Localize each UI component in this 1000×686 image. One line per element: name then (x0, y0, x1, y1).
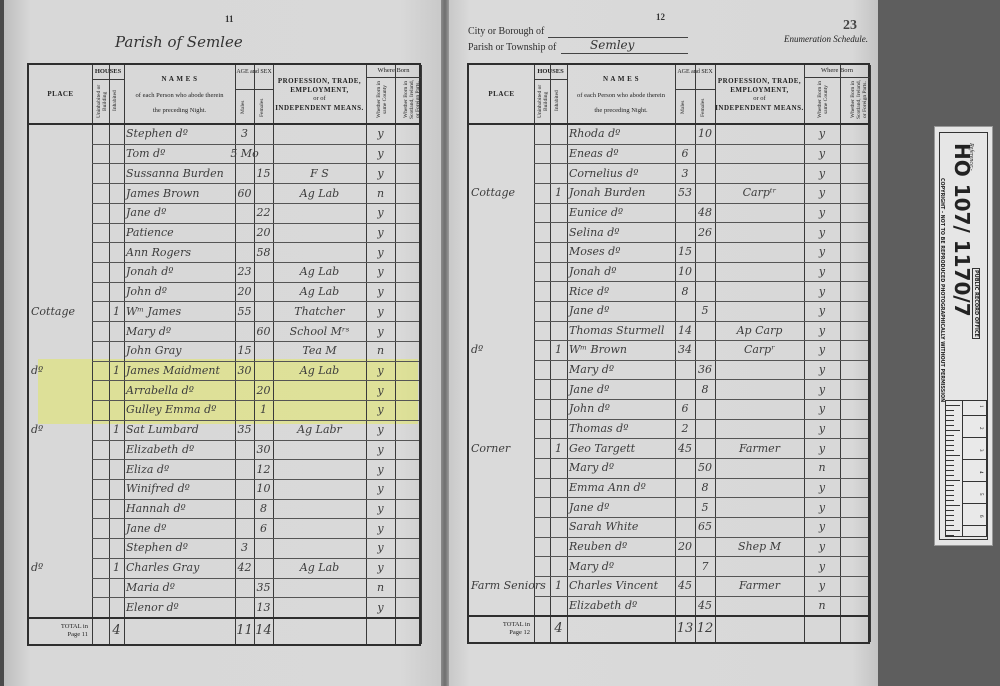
born-same-county-cell: y (806, 478, 838, 498)
male-age-cell: 5 Mo (237, 144, 252, 164)
born-same-county-cell: y (806, 379, 838, 399)
female-age-cell: 12 (256, 459, 271, 479)
male-age-cell (677, 517, 693, 537)
census-row: Corner1Geo Targett45Farmery (469, 438, 868, 458)
male-age-cell: 3 (237, 124, 252, 144)
inhabited-cell (552, 124, 565, 144)
left-page-number: 11 (225, 14, 234, 24)
inhabited-cell (552, 360, 565, 380)
census-row: Jane dº22y (29, 203, 419, 223)
place-cell (471, 458, 532, 478)
place-cell (471, 203, 532, 223)
age-sex-header: AGE and SEX (675, 68, 715, 88)
name-cell: Jonah dº (126, 262, 233, 282)
total-inhabited: 4 (110, 617, 123, 644)
inhabited-cell (552, 419, 565, 439)
ruler-tick (946, 485, 954, 486)
male-age-cell (237, 440, 252, 460)
profession-cell: School Mʳˢ (275, 321, 364, 341)
inhabited-cell (111, 163, 122, 183)
male-age-cell (677, 556, 693, 576)
born-same-county-cell: y (806, 301, 838, 321)
inhabited-cell (552, 222, 565, 242)
male-age-cell: 55 (237, 301, 252, 321)
total-males: 11 (236, 617, 253, 644)
female-age-cell: 65 (697, 517, 713, 537)
born-same-county-cell: y (806, 222, 838, 242)
place-cell (471, 242, 532, 262)
census-row: Jane dº8y (469, 379, 868, 399)
name-cell: Sat Lumbard (126, 420, 233, 440)
profession-header-3: or of (715, 95, 804, 103)
profession-cell (275, 597, 364, 617)
census-row: dº1James Maidment30Ag Laby (29, 361, 419, 381)
name-cell: Thomas Sturmell (569, 321, 673, 341)
female-age-cell (697, 163, 713, 183)
name-cell: Cornelius dº (569, 163, 673, 183)
ruler-tick (946, 465, 954, 466)
inhabited-cell: 1 (111, 361, 122, 381)
profession-cell (717, 379, 802, 399)
profession-cell (275, 203, 364, 223)
column-divider (421, 65, 422, 644)
right-census-table: PLACEHOUSESUninhabited or BuildingInhabi… (467, 63, 870, 644)
name-cell: Ann Rogers (126, 242, 233, 262)
born-same-county-cell: n (368, 341, 393, 361)
place-cell: Cottage (31, 301, 90, 321)
born-same-county-cell: y (368, 262, 393, 282)
inhabited-cell (552, 321, 565, 341)
male-age-cell (237, 380, 252, 400)
profession-cell (717, 517, 802, 537)
female-age-cell: 8 (697, 379, 713, 399)
born-same-county-cell: y (806, 576, 838, 596)
subheader-divider (675, 89, 715, 90)
profession-cell: Ag Lab (275, 361, 364, 381)
place-cell (31, 242, 90, 262)
census-row: Elenor dº13y (29, 597, 419, 617)
profession-cell (717, 124, 802, 144)
female-age-cell (256, 341, 271, 361)
male-age-cell (237, 223, 252, 243)
profession-cell (275, 223, 364, 243)
male-age-cell (237, 459, 252, 479)
male-age-cell: 6 (677, 144, 693, 164)
born-same-county-cell: y (368, 242, 393, 262)
profession-header-4: INDEPENDENT MEANS. (715, 104, 804, 112)
ruler-tick (946, 490, 954, 491)
ruler-tick (946, 470, 954, 471)
place-cell (471, 478, 532, 498)
ruler-tick (946, 435, 954, 436)
male-age-cell: 15 (237, 341, 252, 361)
same-county-header: Whether Born in same County (376, 80, 386, 120)
total-row: 41312 (469, 615, 868, 642)
inhabited-cell (111, 499, 122, 519)
place-cell (31, 578, 90, 598)
male-age-cell (237, 321, 252, 341)
place-cell (31, 124, 90, 144)
female-age-cell: 10 (256, 479, 271, 499)
born-same-county-cell: y (368, 361, 393, 381)
male-age-cell: 8 (677, 281, 693, 301)
census-row: Eunice dº48y (469, 203, 868, 223)
names-subheader-1: of each Person who abode therein (124, 92, 235, 100)
ruler-tick (946, 530, 960, 531)
female-age-cell: 30 (256, 440, 271, 460)
census-row: Mary dº7y (469, 556, 868, 576)
census-row: Tom dº5 Moy (29, 144, 419, 164)
profession-cell (717, 281, 802, 301)
ruler-tick (946, 405, 960, 406)
inhabited-cell (111, 242, 122, 262)
female-age-cell: 48 (697, 203, 713, 223)
born-same-county-cell: y (368, 163, 393, 183)
place-cell: dº (471, 340, 532, 360)
left-parish-handwritten: Parish of Semlee (115, 33, 243, 51)
born-same-county-cell: n (806, 458, 838, 478)
ruler-tick (946, 475, 954, 476)
female-age-cell (697, 399, 713, 419)
female-age-cell (697, 262, 713, 282)
name-cell: James Maidment (126, 361, 233, 381)
female-age-cell: 36 (697, 360, 713, 380)
census-row: James Brown60Ag Labn (29, 183, 419, 203)
inhabited-header: Inhabited (112, 82, 122, 120)
right-parish-handwritten: Semley (590, 38, 634, 52)
male-age-cell: 3 (237, 538, 252, 558)
column-divider (870, 65, 871, 642)
copyright-notice: COPYRIGHT - NOT TO BE REPRODUCED PHOTOGR… (939, 178, 944, 402)
inhabited-cell (552, 262, 565, 282)
census-row: Gulley Emma dº1y (29, 400, 419, 420)
parish-township-label: Parish or Township of (468, 42, 556, 53)
census-row: Eneas dº6y (469, 144, 868, 164)
census-row: Emma Ann dº8y (469, 478, 868, 498)
ruler-mark: 4 (978, 471, 983, 474)
place-cell (471, 596, 532, 616)
census-row: Cornelius dº3y (469, 163, 868, 183)
names-subheader-1: of each Person who abode therein (567, 92, 675, 100)
name-cell: Jonah Burden (569, 183, 673, 203)
place-cell: dº (31, 361, 90, 381)
male-age-cell (677, 203, 693, 223)
ruler-tick (946, 535, 954, 536)
name-cell: Mary dº (569, 458, 673, 478)
born-same-county-cell: y (368, 321, 393, 341)
houses-header: HOUSES (534, 68, 567, 76)
name-cell: Mary dº (569, 360, 673, 380)
profession-cell: Carpᵗʳ (717, 183, 802, 203)
name-cell: Jane dº (126, 518, 233, 538)
place-cell (31, 459, 90, 479)
female-age-cell (256, 124, 271, 144)
born-same-county-cell: y (368, 400, 393, 420)
page-gutter (441, 0, 449, 686)
male-age-cell: 14 (677, 321, 693, 341)
name-cell: Mary dº (569, 556, 673, 576)
place-cell: Cottage (471, 183, 532, 203)
parish-township-line (561, 53, 688, 54)
place-cell (31, 282, 90, 302)
profession-cell (717, 222, 802, 242)
inhabited-cell: 1 (111, 420, 122, 440)
profession-cell (717, 262, 802, 282)
born-same-county-cell: y (806, 281, 838, 301)
male-age-cell (237, 597, 252, 617)
females-header: Females (259, 95, 269, 120)
profession-cell (275, 440, 364, 460)
place-cell (31, 479, 90, 499)
name-cell: Maria dº (126, 578, 233, 598)
profession-cell (275, 578, 364, 598)
place-cell (31, 163, 90, 183)
female-age-cell (256, 144, 271, 164)
place-cell: Farm Seniors (471, 576, 532, 596)
name-cell: Charles Gray (126, 558, 233, 578)
ruler-tick (946, 480, 960, 481)
born-same-county-cell: y (368, 479, 393, 499)
profession-cell (275, 124, 364, 144)
census-row: Stephen dº3y (29, 124, 419, 144)
ruler-tick (946, 450, 954, 451)
census-row: Selina dº26y (469, 222, 868, 242)
census-row: Elizabeth dº45n (469, 596, 868, 616)
female-age-cell: 35 (256, 578, 271, 598)
born-same-county-cell: y (806, 183, 838, 203)
census-row: John Gray15Tea Mn (29, 341, 419, 361)
name-cell: Eliza dº (126, 459, 233, 479)
inhabited-cell (111, 538, 122, 558)
born-same-county-cell: y (368, 459, 393, 479)
ruler-mark: 1 (978, 405, 983, 408)
inhabited-cell (111, 203, 122, 223)
place-cell (31, 538, 90, 558)
born-same-county-cell: y (806, 399, 838, 419)
born-same-county-cell: y (806, 124, 838, 144)
female-age-cell (256, 262, 271, 282)
name-cell: Rice dº (569, 281, 673, 301)
where-born-header: Where Born (366, 67, 421, 75)
place-cell (31, 203, 90, 223)
profession-cell: F S (275, 163, 364, 183)
name-cell: Rhoda dº (569, 124, 673, 144)
name-cell: Patience (126, 223, 233, 243)
profession-header-1: PROFESSION, TRADE, (273, 77, 366, 85)
born-same-county-cell: y (806, 497, 838, 517)
census-row: Sarah White65y (469, 517, 868, 537)
total-inhabited: 4 (551, 615, 566, 642)
born-same-county-cell: n (806, 596, 838, 616)
female-age-cell (697, 419, 713, 439)
census-row: Mary dº50n (469, 458, 868, 478)
profession-cell (717, 301, 802, 321)
profession-cell (275, 400, 364, 420)
male-age-cell (237, 400, 252, 420)
male-age-cell (677, 458, 693, 478)
name-cell: Emma Ann dº (569, 478, 673, 498)
profession-cell (717, 478, 802, 498)
name-cell: Eunice dº (569, 203, 673, 223)
subheader-divider (804, 77, 870, 78)
name-cell: Arrabella dº (126, 380, 233, 400)
foreign-born-header: Whether Born in Scotland, Ireland, or Fo… (403, 80, 413, 120)
male-age-cell (677, 596, 693, 616)
inhabited-cell (552, 301, 565, 321)
profession-cell: Tea M (275, 341, 364, 361)
census-row: Elizabeth dº30y (29, 440, 419, 460)
female-age-cell (256, 538, 271, 558)
name-cell: Geo Targett (569, 438, 673, 458)
inhabited-cell (111, 459, 122, 479)
male-age-cell (677, 360, 693, 380)
born-same-county-cell: y (368, 420, 393, 440)
female-age-cell (697, 438, 713, 458)
name-cell: James Brown (126, 183, 233, 203)
name-cell: Wᵐ James (126, 301, 233, 321)
female-age-cell (256, 301, 271, 321)
place-cell (31, 144, 90, 164)
place-cell (31, 597, 90, 617)
census-row: Moses dº15y (469, 242, 868, 262)
born-same-county-cell: y (806, 321, 838, 341)
inhabited-cell (111, 341, 122, 361)
inhabited-cell (552, 163, 565, 183)
census-row: John dº6y (469, 399, 868, 419)
male-age-cell (237, 518, 252, 538)
male-age-cell (237, 163, 252, 183)
profession-cell: Carpʳ (717, 340, 802, 360)
ruler-tick (946, 425, 954, 426)
inhabited-cell (111, 518, 122, 538)
census-row: Ann Rogers58y (29, 242, 419, 262)
ruler-tick (946, 455, 960, 456)
census-row: Reuben dº20Shep My (469, 537, 868, 557)
place-cell (471, 262, 532, 282)
place-cell (471, 222, 532, 242)
name-cell: Tom dº (126, 144, 233, 164)
name-cell: Jane dº (126, 203, 233, 223)
inhabited-cell: 1 (111, 558, 122, 578)
record-office-label: PUBLIC RECORD OFFICE (972, 268, 980, 339)
census-row: Mary dº36y (469, 360, 868, 380)
male-age-cell: 15 (677, 242, 693, 262)
inhabited-cell (552, 497, 565, 517)
female-age-cell (697, 321, 713, 341)
profession-cell: Shep M (717, 537, 802, 557)
female-age-cell: 7 (697, 556, 713, 576)
name-cell: Stephen dº (126, 124, 233, 144)
inhabited-cell (552, 458, 565, 478)
inhabited-cell (552, 379, 565, 399)
measurement-ruler: 123456 (945, 400, 987, 537)
born-same-county-cell: y (368, 282, 393, 302)
inhabited-cell (552, 556, 565, 576)
profession-cell (275, 499, 364, 519)
census-row: Thomas dº2y (469, 419, 868, 439)
profession-cell (717, 419, 802, 439)
census-row: Rice dº8y (469, 281, 868, 301)
census-row: Cottage1Wᵐ James55Thatchery (29, 301, 419, 321)
left-census-table: PLACEHOUSESUninhabited or BuildingInhabi… (27, 63, 421, 646)
male-age-cell: 20 (677, 537, 693, 557)
profession-cell (275, 380, 364, 400)
female-age-cell (256, 361, 271, 381)
uninhabited-header: Uninhabited or Building (96, 82, 106, 120)
born-same-county-cell: y (806, 340, 838, 360)
female-age-cell: 1 (256, 400, 271, 420)
profession-cell (717, 360, 802, 380)
census-row: Hannah dº8y (29, 499, 419, 519)
total-males: 13 (676, 615, 694, 642)
name-cell: Elizabeth dº (569, 596, 673, 616)
female-age-cell: 60 (256, 321, 271, 341)
place-cell (471, 537, 532, 557)
female-age-cell (256, 420, 271, 440)
census-row: Rhoda dº10y (469, 124, 868, 144)
male-age-cell: 45 (677, 438, 693, 458)
born-same-county-cell: y (806, 203, 838, 223)
born-same-county-cell: y (368, 538, 393, 558)
male-age-cell (677, 301, 693, 321)
place-cell: Corner (471, 438, 532, 458)
census-row: Mary dº60School Mʳˢy (29, 321, 419, 341)
place-cell (31, 518, 90, 538)
male-age-cell (677, 222, 693, 242)
born-same-county-cell: y (806, 163, 838, 183)
census-row: dº1Sat Lumbard35Ag Labry (29, 420, 419, 440)
male-age-cell: 3 (677, 163, 693, 183)
name-cell: Jane dº (569, 497, 673, 517)
born-same-county-cell: y (368, 144, 393, 164)
profession-cell (717, 399, 802, 419)
profession-cell: Ag Lab (275, 558, 364, 578)
born-same-county-cell: n (368, 578, 393, 598)
place-cell (471, 399, 532, 419)
male-age-cell (677, 124, 693, 144)
inhabited-cell (111, 380, 122, 400)
subheader-divider (92, 79, 124, 80)
name-cell: Winifred dº (126, 479, 233, 499)
female-age-cell (697, 281, 713, 301)
place-cell (471, 163, 532, 183)
female-age-cell: 5 (697, 301, 713, 321)
inhabited-cell: 1 (552, 183, 565, 203)
name-cell: John Gray (126, 341, 233, 361)
place-cell (31, 440, 90, 460)
ruler-tick (946, 520, 954, 521)
ruler-tick (946, 460, 954, 461)
profession-header-1: PROFESSION, TRADE, (715, 77, 804, 85)
female-age-cell: 22 (256, 203, 271, 223)
profession-cell (717, 458, 802, 478)
place-cell (31, 183, 90, 203)
name-cell: Eneas dº (569, 144, 673, 164)
place-cell (471, 379, 532, 399)
male-age-cell: 45 (677, 576, 693, 596)
subheader-divider (534, 79, 567, 80)
profession-header-2: EMPLOYMENT, (273, 86, 366, 94)
profession-cell (275, 538, 364, 558)
name-cell: Sarah White (569, 517, 673, 537)
male-age-cell: 53 (677, 183, 693, 203)
profession-cell (717, 596, 802, 616)
census-row: Jane dº5y (469, 497, 868, 517)
profession-cell (275, 518, 364, 538)
male-age-cell: 34 (677, 340, 693, 360)
name-cell: Jane dº (569, 301, 673, 321)
female-age-cell: 13 (256, 597, 271, 617)
